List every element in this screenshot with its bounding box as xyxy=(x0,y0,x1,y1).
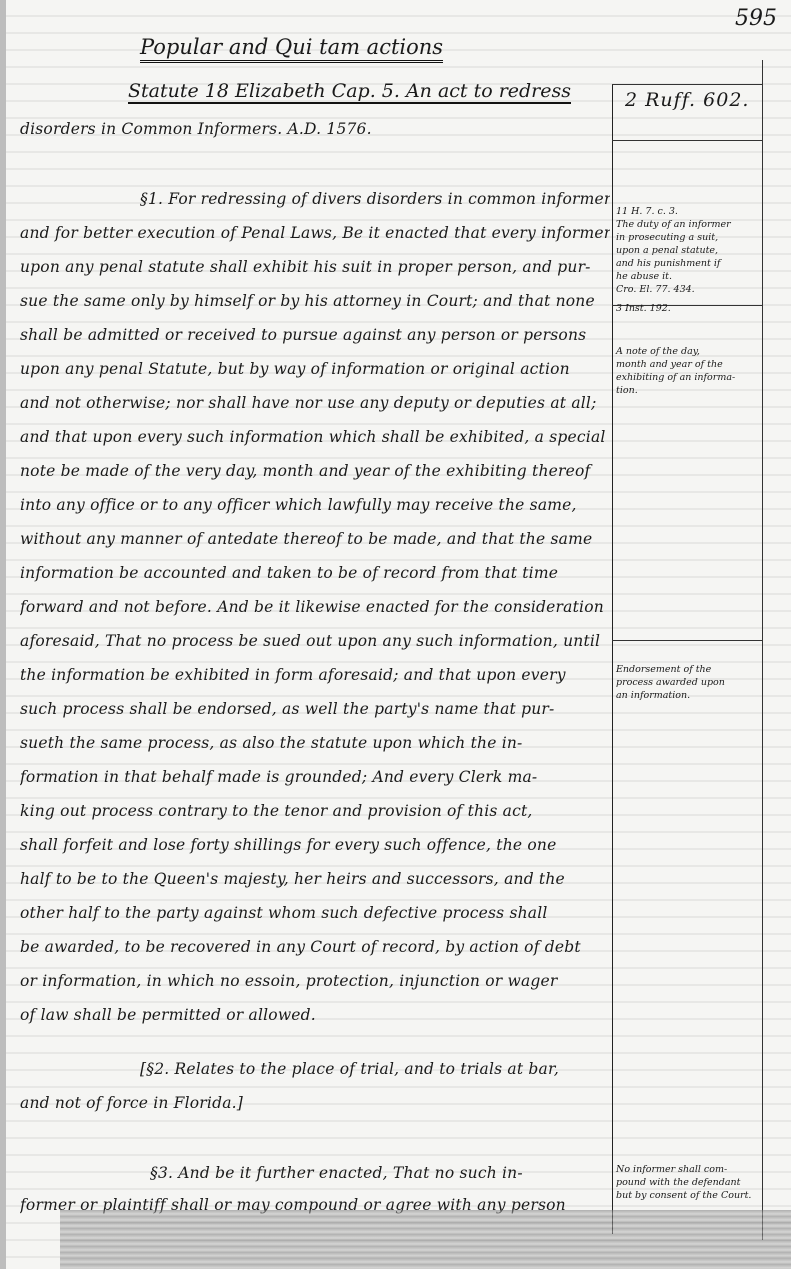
section-2-line: and not of force in Florida.] xyxy=(20,1094,610,1112)
text-line: without any manner of antedate thereof t… xyxy=(20,530,610,548)
text-line: note be made of the very day, month and … xyxy=(20,462,610,480)
margin-note-date-note: A note of the day, month and year of the… xyxy=(616,345,761,397)
text-line: and not otherwise; nor shall have nor us… xyxy=(20,394,610,412)
margin-note-endorsement: Endorsement of the process awarded upon … xyxy=(616,663,761,702)
margin-rule xyxy=(612,84,762,85)
text-line: and for better execution of Penal Laws, … xyxy=(20,224,610,242)
text-line: §1. For redressing of divers disorders i… xyxy=(140,190,610,208)
text-line: other half to the party against whom suc… xyxy=(20,904,610,922)
text-line: forward and not before. And be it likewi… xyxy=(20,598,610,616)
text-line: king out process contrary to the tenor a… xyxy=(20,802,610,820)
text-line: of law shall be permitted or allowed. xyxy=(20,1006,610,1024)
page-heading: Popular and Qui tam actions xyxy=(140,35,443,63)
text-line: shall forfeit and lose forty shillings f… xyxy=(20,836,610,854)
text-line: upon any penal Statute, but by way of in… xyxy=(20,360,610,378)
text-line: aforesaid, That no process be sued out u… xyxy=(20,632,610,650)
statute-title: Statute 18 Elizabeth Cap. 5. An act to r… xyxy=(128,80,571,104)
manuscript-page: 595 Popular and Qui tam actions Statute … xyxy=(0,0,791,1269)
margin-note-informer-duty: 11 H. 7. c. 3. The duty of an informer i… xyxy=(616,205,761,315)
text-line: information be accounted and taken to be… xyxy=(20,564,610,582)
text-line: formation in that behalf made is grounde… xyxy=(20,768,610,786)
text-line: the information be exhibited in form afo… xyxy=(20,666,610,684)
text-line: half to be to the Queen's majesty, her h… xyxy=(20,870,610,888)
text-line: sue the same only by himself or by his a… xyxy=(20,292,610,310)
text-line: or information, in which no essoin, prot… xyxy=(20,972,610,990)
text-line: and that upon every such information whi… xyxy=(20,428,610,446)
section-3-line: §3. And be it further enacted, That no s… xyxy=(150,1164,610,1182)
text-line: sueth the same process, as also the stat… xyxy=(20,734,610,752)
text-line: upon any penal statute shall exhibit his… xyxy=(20,258,610,276)
margin-column-rule xyxy=(612,84,613,1234)
margin-rule xyxy=(612,140,762,141)
text-line: be awarded, to be recovered in any Court… xyxy=(20,938,610,956)
page-number: 595 xyxy=(735,6,777,31)
text-line: into any office or to any officer which … xyxy=(20,496,610,514)
margin-note-compound: No informer shall com- pound with the de… xyxy=(616,1163,761,1202)
text-line: shall be admitted or received to pursue … xyxy=(20,326,610,344)
right-edge-rule xyxy=(762,60,763,1240)
scan-artifact xyxy=(60,1210,791,1269)
scan-edge xyxy=(0,0,6,1269)
margin-rule xyxy=(612,640,762,641)
statute-reference: 2 Ruff. 602. xyxy=(625,89,749,111)
text-line: such process shall be endorsed, as well … xyxy=(20,700,610,718)
section-2-line: [§2. Relates to the place of trial, and … xyxy=(140,1060,610,1078)
text-line: disorders in Common Informers. A.D. 1576… xyxy=(20,120,610,138)
